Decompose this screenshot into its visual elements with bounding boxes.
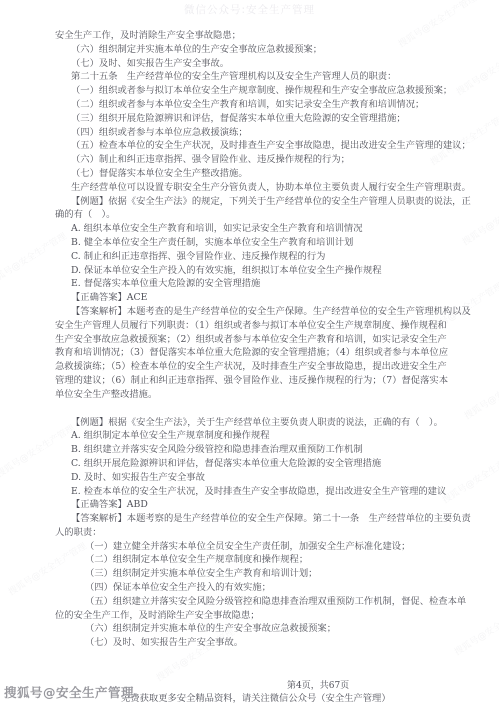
text-line: （六）组织制定并实施本单位的生产安全事故应急救援预案； — [55, 622, 495, 636]
text-line: A. 组织制定本单位安全生产规章制度和操作规程 — [55, 429, 495, 443]
text-line: （三）组织制定并实施本单位安全生产教育和培训计划； — [55, 567, 495, 581]
text-line: 生产经营单位可以设置专职安全生产分管负责人，协助本单位主要负责人履行安全生产管理… — [55, 181, 495, 195]
text-line: （六）制止和纠正违章指挥、强令冒险作业、违反操作规程的行为； — [55, 153, 495, 167]
text-line: （一）组织或者参与拟订本单位安全生产规章制度、操作规程和生产安全事故应急救援预案… — [55, 84, 495, 98]
text-line: B. 组织建立并落实安全风险分级管控和隐患排查治理双重预防工作机制 — [55, 443, 495, 457]
text-line: 【例题】根据《安全生产法》，关于生产经营单位主要负责人职责的说法，正确的有（ ）… — [55, 416, 495, 430]
text-line: C. 组织开展危险源辨识和评估，督促落实本单位重大危险源的安全管理措施 — [55, 457, 495, 471]
text-line: 【例题】依据《安全生产法》的规定，下列关于生产经营单位的安全生产管理人员职责的说… — [55, 195, 495, 209]
document-body: 安全生产工作，及时消除生产安全事故隐患；（六）组织制定并实施本单位的生产安全事故… — [55, 29, 495, 650]
text-line: （一）建立健全并落实本单位全员安全生产责任制，加强安全生产标准化建设； — [55, 540, 495, 554]
text-line: （五）检查本单位的安全生产状况，及时排查生产安全事故隐患，提出改进安全生产管理的… — [55, 139, 495, 153]
text-line: 确的有（ ）。 — [55, 208, 495, 222]
text-line: 教育和培训情况；（3）督促落实本单位重大危险源的安全管理措施；（4）组织或者参与… — [55, 346, 495, 360]
text-line: E. 督促落实本单位重大危险源的安全管理措施 — [55, 277, 495, 291]
text-line: （三）组织开展危险源辨识和评估，督促落实本单位重大危险源的安全管理措施； — [55, 112, 495, 126]
footer-promo-text: 免费获取更多安全精品资料，请关注微信公众号（安全生产管理） — [121, 690, 391, 704]
text-line: 人的职责： — [55, 526, 495, 540]
text-line: 安全生产管理人员履行下列职责：（1）组织或者参与拟订本单位安全生产规章制度、操作… — [55, 319, 495, 333]
text-line: （四）保证本单位安全生产投入的有效实施； — [55, 581, 495, 595]
text-line: （五）组织建立并落实安全风险分级管控和隐患排查治理双重预防工作机制，督促、检查本… — [55, 595, 495, 609]
text-line: （七）及时、如实报告生产安全事故。 — [55, 636, 495, 650]
text-line: 第二十五条 生产经营单位的安全生产管理机构以及安全生产管理人员的职责： — [55, 70, 495, 84]
text-line: D. 保证本单位安全生产投入的有效实施，组织拟订本单位安全生产操作规程 — [55, 264, 495, 278]
text-line: A. 组织本单位安全生产教育和培训，如实记录安全生产教育和培训情况 — [55, 222, 495, 236]
text-line: （二）组织制定本单位安全生产规章制度和操作规程； — [55, 553, 495, 567]
text-line: 急救援演练；（5）检查本单位的安全生产状况，及时排查生产安全事故隐患，提出改进安… — [55, 360, 495, 374]
text-line: （六）组织制定并实施本单位的生产安全事故应急救援预案； — [55, 43, 495, 57]
text-line: 安全生产工作，及时消除生产安全事故隐患； — [55, 29, 495, 43]
text-line: （四）组织或者参与本单位应急救援演练； — [55, 126, 495, 140]
text-line: （七）及时、如实报告生产安全事故。 — [55, 57, 495, 71]
document-page: 微信公众号:安全生产管理 搜狐号@安全生产管理 搜狐号@安全生产管理 搜狐号@安… — [0, 0, 499, 706]
text-line: 生产安全事故应急救援预案；（2）组织或者参与本单位安全生产教育和培训，如实记录安… — [55, 333, 495, 347]
text-line: （二）组织或者参与本单位安全生产教育和培训，如实记录安全生产教育和培训情况； — [55, 98, 495, 112]
text-line: 【答案解析】本题考查的是生产经营单位的安全生产保障。生产经营单位的安全生产管理机… — [55, 305, 495, 319]
text-line: 位的安全生产工作，及时消除生产安全事故隐患； — [55, 609, 495, 623]
text-line: （七）督促落实本单位安全生产整改措施。 — [55, 167, 495, 181]
text-line: 【正确答案】ABD — [55, 498, 495, 512]
text-line: 【正确答案】ACE — [55, 291, 495, 305]
text-line: 单位安全生产整改措施。 — [55, 388, 495, 402]
text-line: B. 健全本单位安全生产责任制，实施本单位安全生产教育和培训计划 — [55, 236, 495, 250]
text-line: 【答案解析】本题考察的是生产经营单位的安全生产保障。第二十一条 生产经营单位的主… — [55, 512, 495, 526]
text-line: C. 制止和纠正违章指挥、强令冒险作业、违反操作规程的行为 — [55, 250, 495, 264]
text-line: E. 检查本单位的安全生产状况，及时排查生产安全事故隐患，提出改进安全生产管理的… — [55, 485, 495, 499]
header-watermark: 微信公众号:安全生产管理 — [184, 2, 315, 17]
text-line: D. 及时、如实报告生产安全事故 — [55, 471, 495, 485]
text-line: 管理的建议；（6）制止和纠正违章指挥、强令冒险作业、违反操作规程的行为；（7）督… — [55, 374, 495, 388]
sohu-account-badge: 搜狐号@安全生产管理 — [4, 683, 134, 701]
